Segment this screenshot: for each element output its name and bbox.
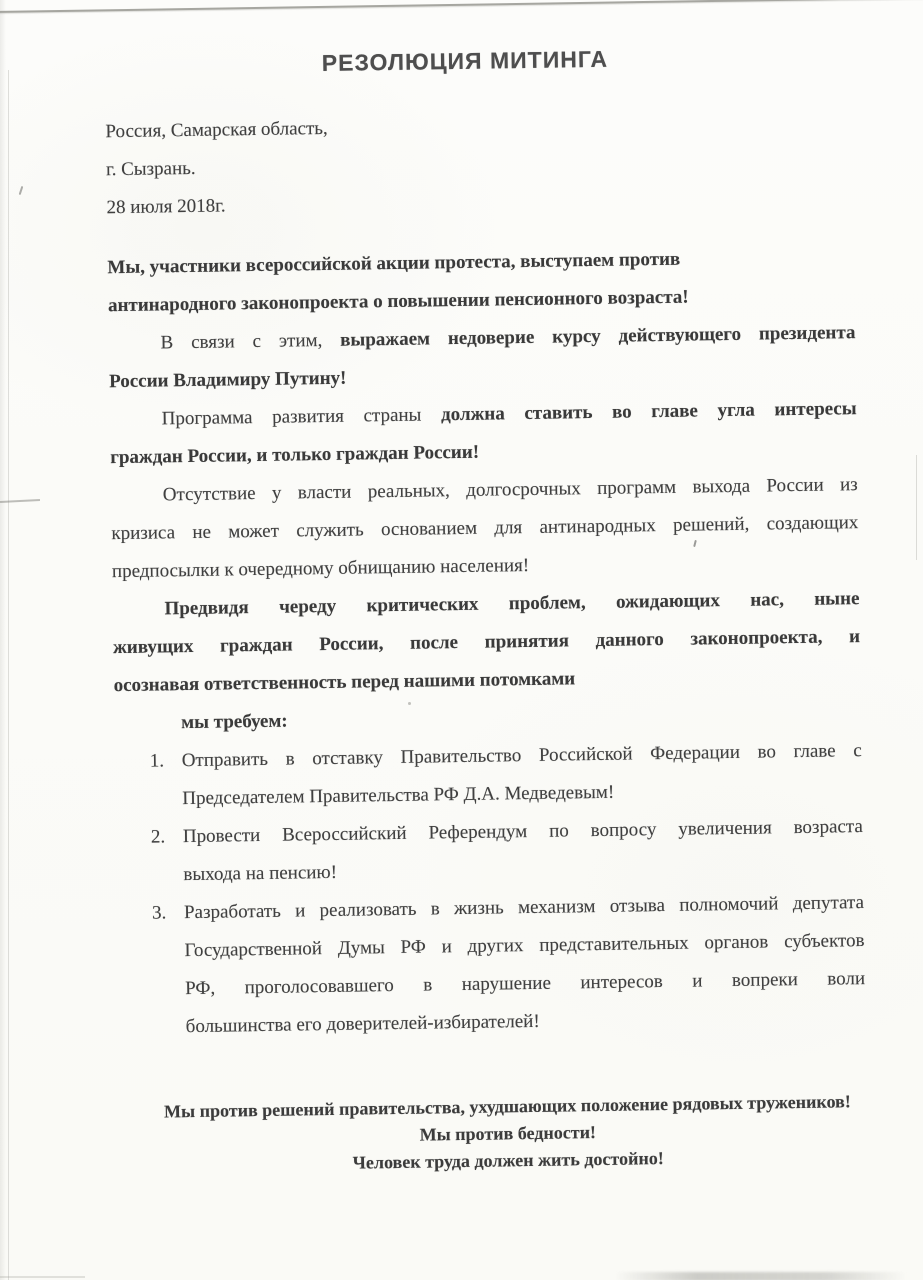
scanned-document-page: РЕЗОЛЮЦИЯ МИТИНГА Россия, Самарская обла… [0,0,923,1280]
bold-text: выражаем недоверие курсу действующего пр… [340,322,856,351]
paragraph-distrust: В связи с этим, выражаем недоверие курсу… [108,314,856,401]
paragraph-foreseeing: Предвидя череду критических проблем, ожи… [112,580,861,705]
document-content: РЕЗОЛЮЦИЯ МИТИНГА Россия, Самарская обла… [0,0,923,1182]
regular-text: Программа развития страны [162,404,442,429]
demand-item-2: 2. Провести Всероссийский Референдум по … [116,808,864,895]
paragraph-protest: Мы, участники всероссийской акции протес… [107,238,855,325]
slogans-block: Мы против решений правительства, ухудшаю… [134,1088,882,1180]
scan-bottom-edge-line [0,1276,85,1278]
paragraph-program: Программа развития страны должна ставить… [109,390,857,477]
demand-number: 2. [151,818,166,856]
regular-text: В связи с этим, [160,330,340,354]
scan-bottom-shadow [615,1272,907,1280]
demand-item-3: 3. Разработать и реализовать в жизнь мех… [117,884,866,1047]
paragraph-crisis: Отсутствие у власти реальных, долгосрочн… [111,466,860,591]
location-block: Россия, Самарская область, г. Сызрань. 2… [105,102,854,227]
demand-item-1: 1. Отправить в отставку Правительство Ро… [114,732,862,819]
bold-text: должна ставить во главе угла интересы [441,398,857,425]
demand-number: 1. [149,742,164,780]
demands-list: 1. Отправить в отставку Правительство Ро… [114,732,865,1047]
document-title: РЕЗОЛЮЦИЯ МИТИНГА [91,42,838,79]
demand-number: 3. [152,894,167,932]
document-body: Мы, участники всероссийской акции протес… [107,238,866,1047]
